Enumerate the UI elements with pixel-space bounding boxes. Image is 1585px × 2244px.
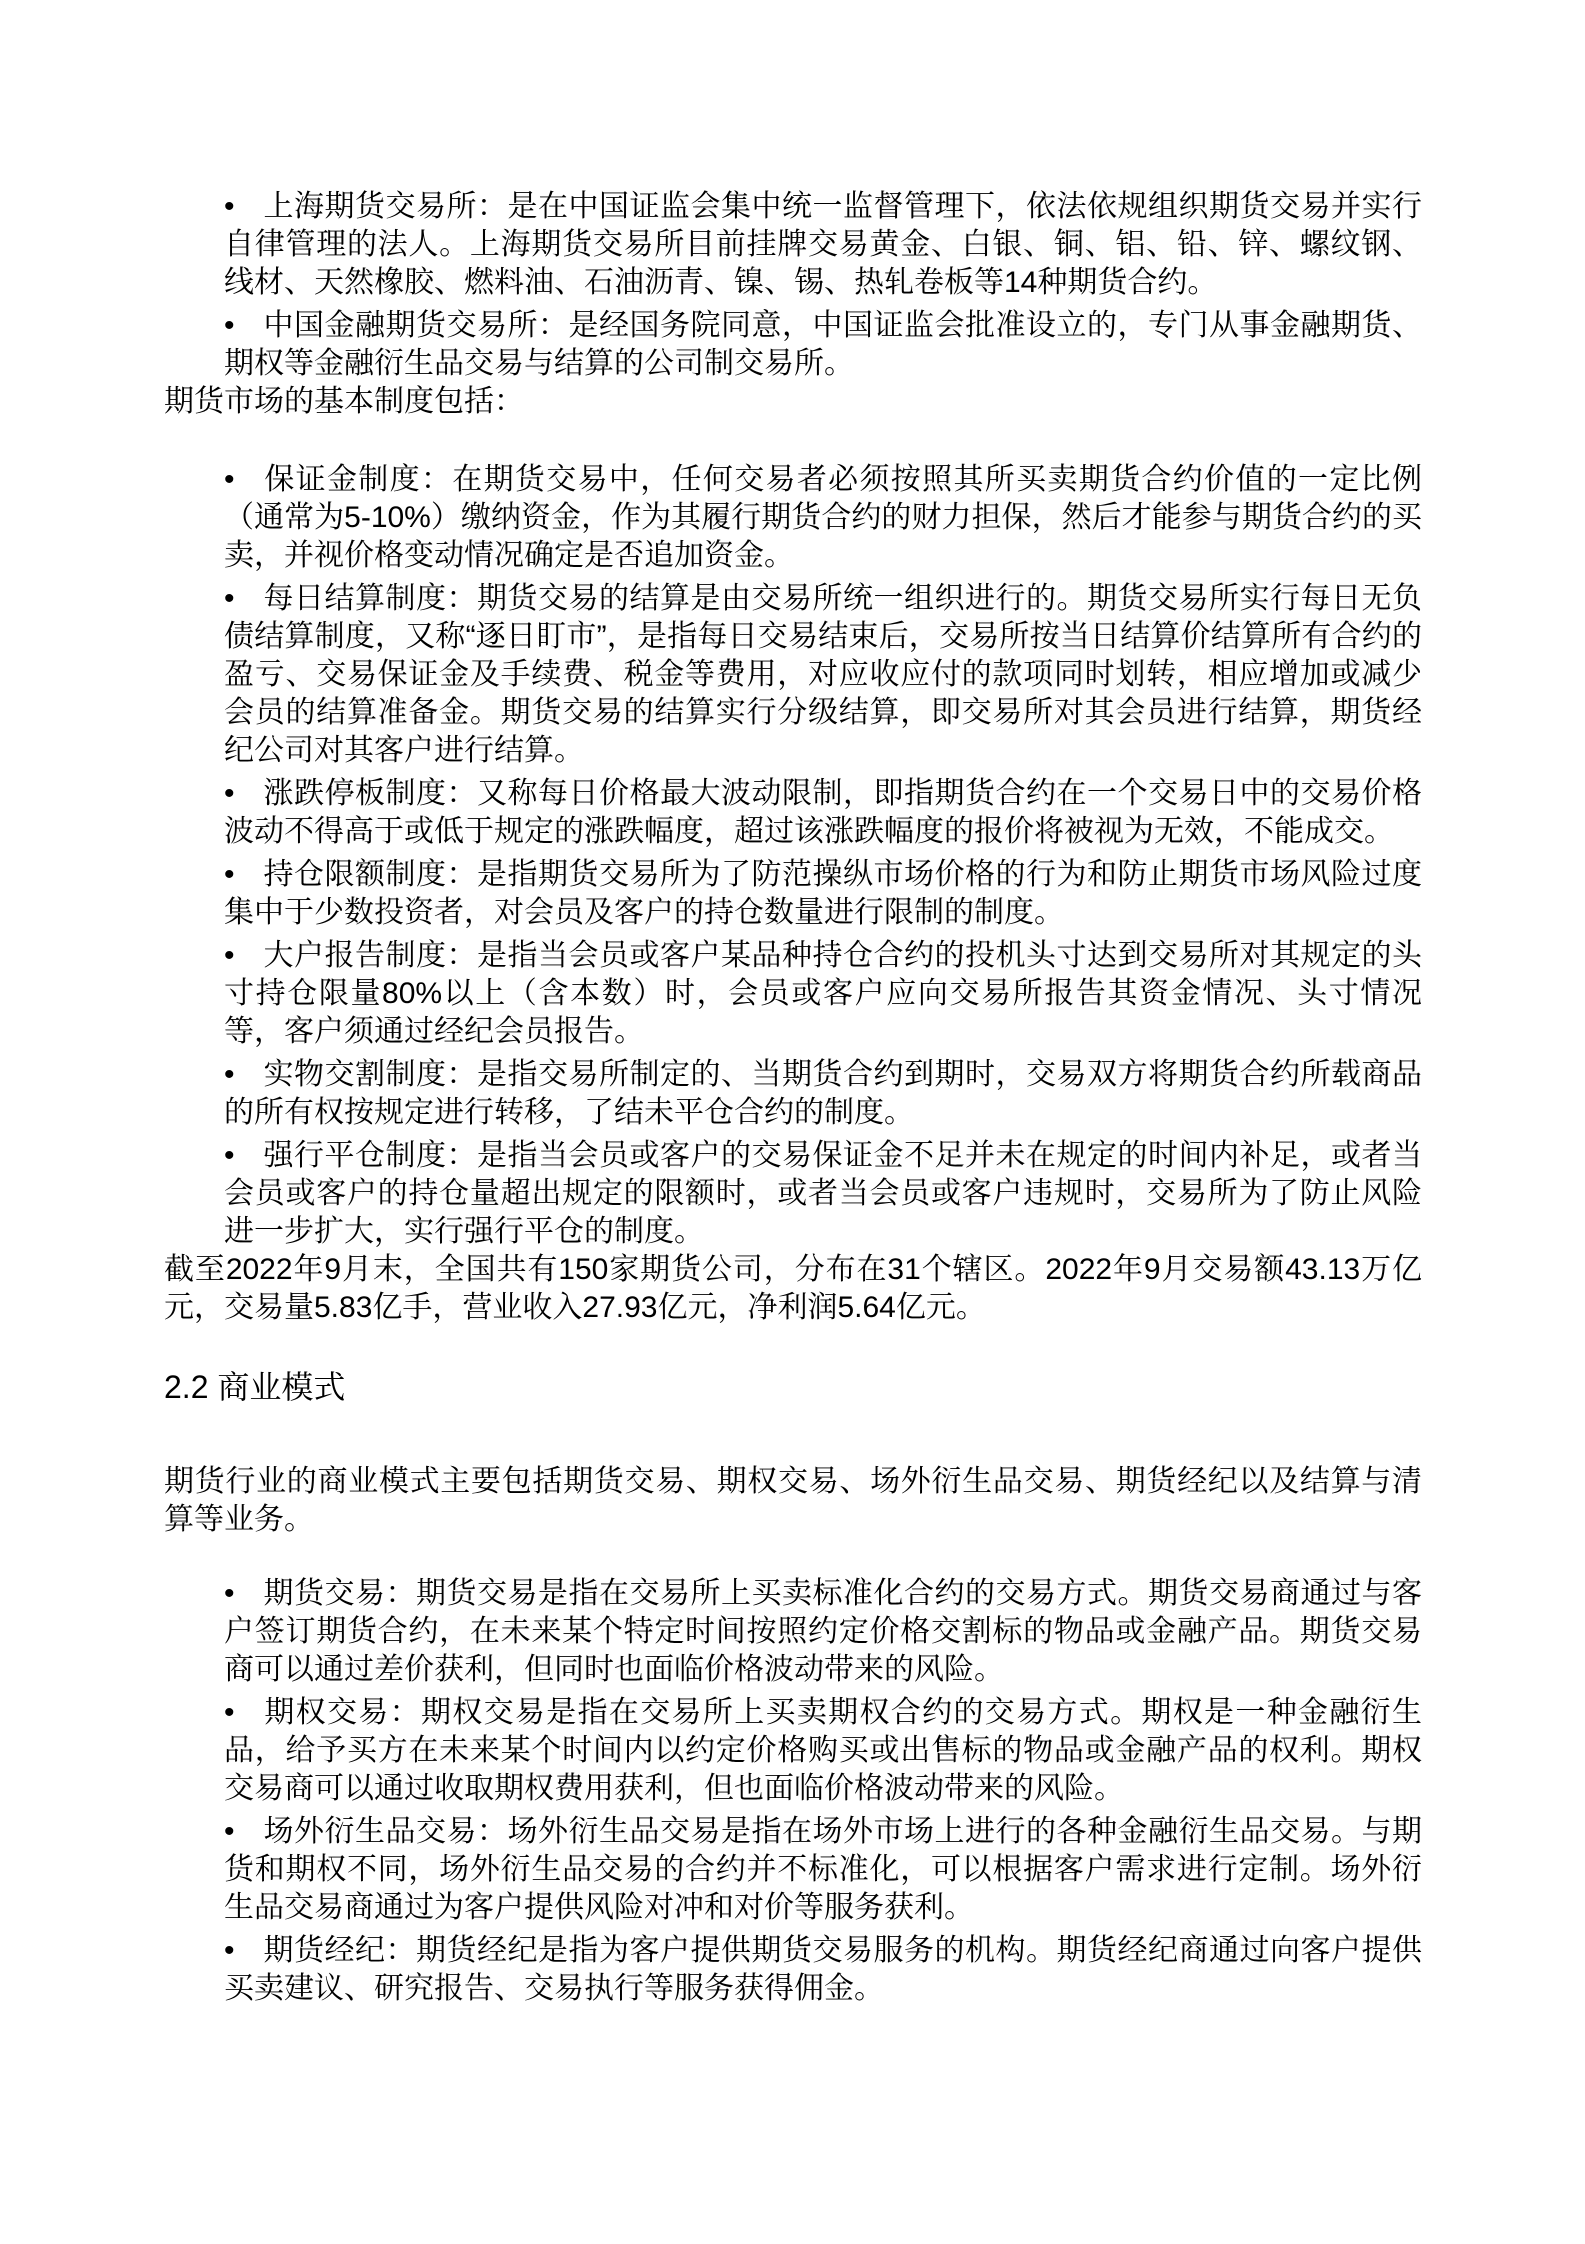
- bullet-marker-icon: •: [224, 937, 263, 975]
- institution-list: •保证金制度：在期货交易中，任何交易者必须按照其所买卖期货合约价值的一定比例（通…: [164, 461, 1422, 1251]
- list-item: •保证金制度：在期货交易中，任何交易者必须按照其所买卖期货合约价值的一定比例（通…: [224, 461, 1422, 575]
- list-item-text: 中国金融期货交易所：是经国务院同意，中国证监会批准设立的，专门从事金融期货、期权…: [224, 309, 1422, 380]
- list-item: •持仓限额制度：是指期货交易所为了防范操纵市场价格的行为和防止期货市场风险过度集…: [224, 856, 1422, 932]
- list-item-text: 期货经纪：期货经纪是指为客户提供期货交易服务的机构。期货经纪商通过向客户提供买卖…: [224, 1934, 1422, 2005]
- bullet-marker-icon: •: [224, 1575, 263, 1613]
- list-item: •强行平仓制度：是指当会员或客户的交易保证金不足并未在规定的时间内补足，或者当会…: [224, 1137, 1422, 1251]
- list-item: •期货经纪：期货经纪是指为客户提供期货交易服务的机构。期货经纪商通过向客户提供买…: [224, 1932, 1422, 2008]
- basic-systems-intro-paragraph: 期货市场的基本制度包括：: [164, 383, 1422, 421]
- list-item: •中国金融期货交易所：是经国务院同意，中国证监会批准设立的，专门从事金融期货、期…: [224, 307, 1422, 383]
- section-heading-business-model: 2.2 商业模式: [164, 1367, 1422, 1407]
- list-item: •涨跌停板制度：又称每日价格最大波动限制，即指期货合约在一个交易日中的交易价格波…: [224, 775, 1422, 851]
- bullet-marker-icon: •: [224, 1694, 263, 1732]
- bullet-marker-icon: •: [224, 580, 263, 618]
- industry-stats-paragraph: 截至2022年9月末，全国共有150家期货公司，分布在31个辖区。2022年9月…: [164, 1251, 1422, 1327]
- bullet-marker-icon: •: [224, 307, 263, 345]
- list-item-text: 上海期货交易所：是在中国证监会集中统一监督管理下，依法依规组织期货交易并实行自律…: [224, 190, 1422, 299]
- list-item-text: 每日结算制度：期货交易的结算是由交易所统一组织进行的。期货交易所实行每日无负债结…: [224, 582, 1422, 767]
- bullet-marker-icon: •: [224, 461, 263, 499]
- bullet-marker-icon: •: [224, 1056, 263, 1094]
- list-item: •实物交割制度：是指交易所制定的、当期货合约到期时，交易双方将期货合约所载商品的…: [224, 1056, 1422, 1132]
- bullet-marker-icon: •: [224, 1932, 263, 1970]
- list-item-text: 场外衍生品交易：场外衍生品交易是指在场外市场上进行的各种金融衍生品交易。与期货和…: [224, 1815, 1422, 1924]
- list-item-text: 涨跌停板制度：又称每日价格最大波动限制，即指期货合约在一个交易日中的交易价格波动…: [224, 777, 1422, 848]
- list-item-text: 实物交割制度：是指交易所制定的、当期货合约到期时，交易双方将期货合约所载商品的所…: [224, 1058, 1422, 1129]
- business-model-intro-paragraph: 期货行业的商业模式主要包括期货交易、期权交易、场外衍生品交易、期货经纪以及结算与…: [164, 1463, 1422, 1539]
- list-item: •场外衍生品交易：场外衍生品交易是指在场外市场上进行的各种金融衍生品交易。与期货…: [224, 1813, 1422, 1927]
- list-item-text: 大户报告制度：是指当会员或客户某品种持仓合约的投机头寸达到交易所对其规定的头寸持…: [224, 939, 1422, 1048]
- document-page: •上海期货交易所：是在中国证监会集中统一监督管理下，依法依规组织期货交易并实行自…: [164, 188, 1422, 2008]
- bullet-marker-icon: •: [224, 856, 263, 894]
- bullet-marker-icon: •: [224, 1137, 263, 1175]
- list-item: •每日结算制度：期货交易的结算是由交易所统一组织进行的。期货交易所实行每日无负债…: [224, 580, 1422, 770]
- list-item: •期货交易：期货交易是指在交易所上买卖标准化合约的交易方式。期货交易商通过与客户…: [224, 1575, 1422, 1689]
- list-item: •上海期货交易所：是在中国证监会集中统一监督管理下，依法依规组织期货交易并实行自…: [224, 188, 1422, 302]
- bullet-marker-icon: •: [224, 1813, 263, 1851]
- list-item-text: 持仓限额制度：是指期货交易所为了防范操纵市场价格的行为和防止期货市场风险过度集中…: [224, 858, 1422, 929]
- bullet-marker-icon: •: [224, 775, 263, 813]
- business-list: •期货交易：期货交易是指在交易所上买卖标准化合约的交易方式。期货交易商通过与客户…: [164, 1575, 1422, 2008]
- exchange-list: •上海期货交易所：是在中国证监会集中统一监督管理下，依法依规组织期货交易并实行自…: [164, 188, 1422, 383]
- list-item-text: 期货交易：期货交易是指在交易所上买卖标准化合约的交易方式。期货交易商通过与客户签…: [224, 1577, 1422, 1686]
- list-item: •期权交易：期权交易是指在交易所上买卖期权合约的交易方式。期权是一种金融衍生品，…: [224, 1694, 1422, 1808]
- bullet-marker-icon: •: [224, 188, 263, 226]
- list-item-text: 期权交易：期权交易是指在交易所上买卖期权合约的交易方式。期权是一种金融衍生品，给…: [224, 1696, 1422, 1805]
- list-item-text: 强行平仓制度：是指当会员或客户的交易保证金不足并未在规定的时间内补足，或者当会员…: [224, 1139, 1422, 1248]
- list-item: •大户报告制度：是指当会员或客户某品种持仓合约的投机头寸达到交易所对其规定的头寸…: [224, 937, 1422, 1051]
- list-item-text: 保证金制度：在期货交易中，任何交易者必须按照其所买卖期货合约价值的一定比例（通常…: [224, 463, 1422, 572]
